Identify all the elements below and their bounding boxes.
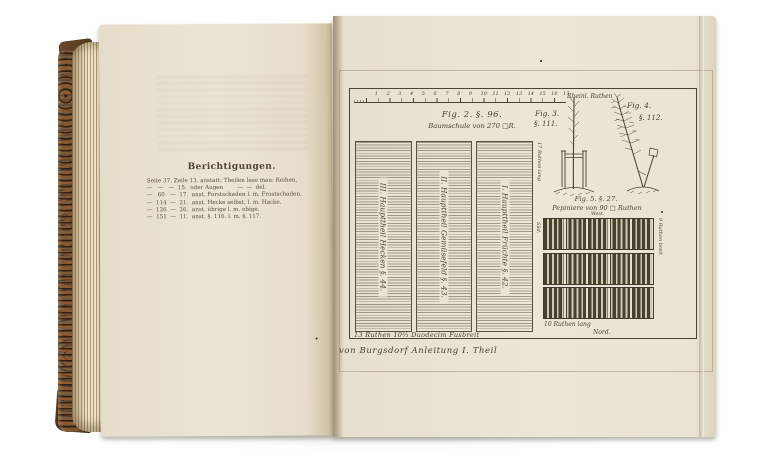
pepiniere-bed-row (543, 287, 654, 319)
photo-of-open-antique-book: Berichtigungen. Seite 37. Zeile 13. anst… (0, 0, 768, 460)
plate-fold-shadow (699, 16, 704, 437)
ruler-number: 15 (539, 91, 545, 97)
plate-credit-line: von Burgsdorf Anleitung I. Theil (339, 346, 497, 356)
ruler-number: 5 (422, 91, 425, 97)
pepiniere-plan (543, 218, 654, 319)
pepiniere-width-label: 9 Ruthen breit (657, 218, 663, 255)
ruler-number: 4 (410, 91, 413, 97)
ink-speck (661, 211, 663, 213)
pepiniere-bed-row (543, 253, 654, 285)
ruler-number: 1 (375, 91, 378, 97)
correction-line: — 151 — 11. anst. §. 116. l. m. §. 117. (147, 214, 302, 222)
ruler-number: 11 (492, 91, 498, 97)
leaning-tree-with-prop-illustration (593, 91, 663, 205)
nursery-column-2: II. Haupttheil Gemüsefeld §. 43. (416, 141, 473, 332)
nursery-column-3: III. Haupttheil Hecken §. 44. (355, 141, 412, 332)
ruler-number: 8 (457, 91, 460, 97)
ruler-number: 3 (398, 91, 401, 97)
pepiniere-length-label: 10 Ruthen lang (544, 321, 591, 328)
right-page-plate: 1234567891011121314151617 Rheinl. Ruthen… (333, 16, 716, 437)
ruler-number: 9 (469, 91, 472, 97)
ruler-number: 7 (445, 91, 448, 97)
pepiniere-south-label: Süd. (535, 222, 541, 233)
fig5-title: Fig. 5. §. 27. (548, 195, 644, 203)
fig2-caption: Baumschule von 270 □R. (398, 122, 546, 130)
pepiniere-north-label: Nord. (593, 329, 610, 336)
ruler-number: 12 (504, 91, 510, 97)
nursery-column-1: I. Haupttheil Früchte §. 42. (476, 141, 533, 332)
corrections-heading: Berichtigungen. (142, 161, 322, 172)
ink-speck (316, 337, 318, 339)
nursery-column-label: III. Haupttheil Hecken §. 44. (379, 177, 388, 296)
nursery-length-label: 17 Ruthen lang (536, 142, 542, 181)
nursery-column-label: I. Haupttheil Früchte §. 42. (500, 180, 509, 294)
ink-speck (540, 60, 542, 62)
ruler-number: 6 (434, 91, 437, 97)
pepiniere-bed-row (543, 218, 654, 250)
left-page: Berichtigungen. Seite 37. Zeile 13. anst… (99, 23, 334, 436)
fig5-caption: Pepiniere von 90 □ Ruthen (540, 204, 654, 212)
ruler-line (366, 98, 566, 103)
plate-frame: 1234567891011121314151617 Rheinl. Ruthen… (349, 88, 697, 339)
ruler-subdivision-ticks (354, 100, 366, 103)
ruler-number: 14 (528, 91, 534, 97)
ruler-number: 10 (481, 91, 487, 97)
nursery-width-caption: 13 Ruthen 10⅔ Duodecim Fusbreit (354, 331, 479, 339)
ruler-number: 13 (516, 91, 522, 97)
ruler-number: 2 (387, 91, 390, 97)
text-showthrough (157, 76, 307, 155)
fig5-west-label: West. (591, 212, 604, 217)
fig2-title: Fig. 2. §. 96. (412, 110, 532, 120)
nursery-column-label: II. Haupttheil Gemüsefeld §. 43. (440, 171, 449, 303)
nursery-plan: III. Haupttheil Hecken §. 44. II. Hauptt… (355, 141, 533, 332)
corrections-list: Seite 37. Zeile 13. anstatt: Theilen les… (147, 178, 302, 222)
